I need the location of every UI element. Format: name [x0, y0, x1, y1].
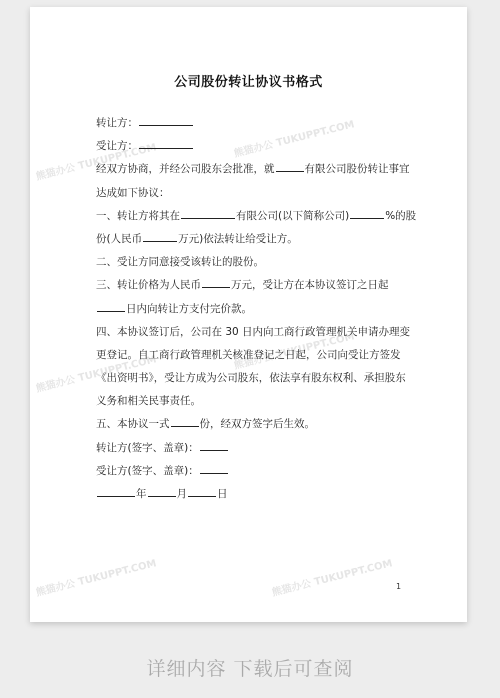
blank-field — [171, 416, 199, 427]
clause-4-line: 四、本协议签订后，公司在 30 日内向工商行政管理机关申请办理变 — [96, 321, 426, 344]
blank-field — [202, 277, 230, 288]
text: %的股 — [385, 210, 416, 222]
text: 份(人民币 — [96, 233, 142, 245]
text: 份，经双方签字后生效。 — [200, 418, 316, 430]
blank-field — [181, 208, 235, 219]
blank-field — [97, 486, 135, 497]
clause-4-line: 《出资明书》，受让方成为公司股东，依法享有股东权利、承担股东 — [96, 367, 426, 390]
blank-field — [148, 486, 176, 497]
page-number: 1 — [396, 582, 401, 591]
clause-3-line: 三、转让价格为人民币万元，受让方在本协议签订之日起 — [96, 274, 426, 297]
label: 受让方(签字、盖章)： — [96, 465, 199, 477]
blank-field — [143, 231, 177, 242]
watermark: 熊猫办公 TUKUPPT.COM — [270, 554, 394, 598]
transferor-signature-line: 转让方(签字、盖章)： — [96, 437, 426, 460]
text: 达成如下协议： — [96, 187, 170, 199]
blank-field — [139, 138, 193, 149]
text: 日 — [217, 488, 228, 500]
document-page: 熊猫办公 TUKUPPT.COM 熊猫办公 TUKUPPT.COM 熊猫办公 T… — [30, 7, 467, 622]
blank-field — [276, 161, 304, 172]
clause-1-line: 一、转让方将其在有限公司(以下简称公司)%的股 — [96, 205, 426, 228]
transferor-line: 转让方： — [96, 112, 426, 135]
label: 受让方： — [96, 140, 138, 152]
transferee-signature-line: 受让方(签字、盖章)： — [96, 460, 426, 483]
text: 有限公司(以下简称公司) — [236, 210, 349, 222]
text: 有限公司股份转让事宜 — [305, 163, 410, 175]
clause-4-line: 义务和相关民事责任。 — [96, 390, 426, 413]
download-caption: 详细内容 下载后可查阅 — [0, 654, 500, 681]
text: 月 — [177, 488, 188, 500]
paragraph-line: 经双方协商，并经公司股东会批准，就有限公司股份转让事宜 — [96, 158, 426, 181]
text: 年 — [136, 488, 147, 500]
date-line: 年月日 — [96, 483, 426, 506]
clause-5-line: 五、本协议一式份，经双方签字后生效。 — [96, 413, 426, 436]
text: 一、转让方将其在 — [96, 210, 180, 222]
text: 义务和相关民事责任。 — [96, 395, 201, 407]
clause-2-line: 二、受让方同意接受该转让的股份。 — [96, 251, 426, 274]
text: 五、本协议一式 — [96, 418, 170, 430]
blank-field — [200, 463, 228, 474]
text: 三、转让价格为人民币 — [96, 279, 201, 291]
label: 转让方： — [96, 117, 138, 129]
text: 《出资明书》，受让方成为公司股东，依法享有股东权利、承担股东 — [96, 372, 406, 384]
transferee-line: 受让方： — [96, 135, 426, 158]
blank-field — [139, 115, 193, 126]
text: 四、本协议签订后，公司在 30 日内向工商行政管理机关申请办理变 — [96, 326, 410, 338]
blank-field — [188, 486, 216, 497]
clause-3-line: 日内向转让方支付完价款。 — [96, 298, 426, 321]
text: 二、受让方同意接受该转让的股份。 — [96, 256, 264, 268]
document-title: 公司股份转让协议书格式 — [30, 71, 467, 90]
blank-field — [200, 440, 228, 451]
clause-4-line: 更登记。自工商行政管理机关核准登记之日起，公司向受让方签发 — [96, 344, 426, 367]
text: 日内向转让方支付完价款。 — [126, 303, 252, 315]
text: 万元，受让方在本协议签订之日起 — [231, 279, 389, 291]
blank-field — [350, 208, 384, 219]
text: 万元)依法转让给受让方。 — [178, 233, 298, 245]
clause-1-line: 份(人民币万元)依法转让给受让方。 — [96, 228, 426, 251]
blank-field — [97, 301, 125, 312]
document-body: 转让方： 受让方： 经双方协商，并经公司股东会批准，就有限公司股份转让事宜 达成… — [96, 112, 426, 506]
label: 转让方(签字、盖章)： — [96, 442, 199, 454]
watermark: 熊猫办公 TUKUPPT.COM — [34, 554, 158, 598]
paragraph-line: 达成如下协议： — [96, 182, 426, 205]
text: 更登记。自工商行政管理机关核准登记之日起，公司向受让方签发 — [96, 349, 401, 361]
text: 经双方协商，并经公司股东会批准，就 — [96, 163, 275, 175]
